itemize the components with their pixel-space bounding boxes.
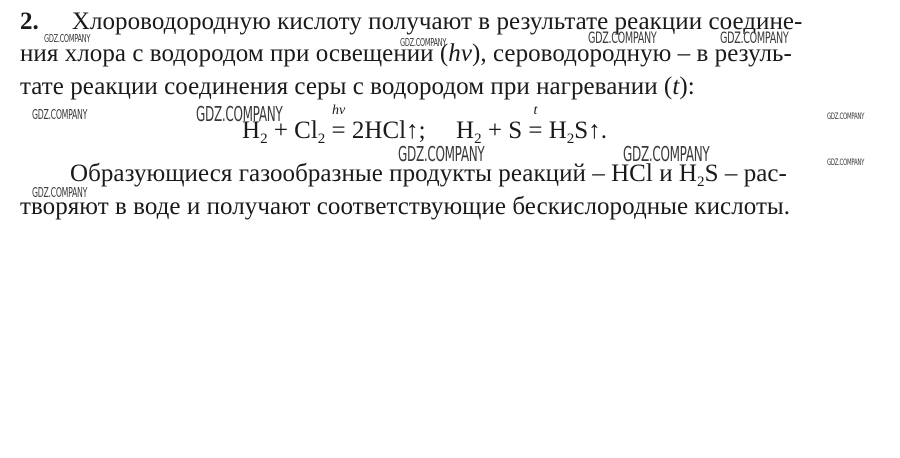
text-segment: S – рас- bbox=[705, 160, 787, 187]
watermark: GDZ.COMPANY bbox=[720, 28, 788, 47]
product-h: H bbox=[549, 117, 567, 144]
separator: ; bbox=[419, 117, 426, 144]
watermark: GDZ.COMPANY bbox=[827, 112, 864, 122]
formula-h: H bbox=[456, 117, 474, 144]
equals-sign: = bbox=[528, 117, 542, 144]
text-segment: ): bbox=[679, 73, 694, 100]
period: . bbox=[601, 117, 607, 144]
watermark: GDZ.COMPANY bbox=[588, 28, 656, 47]
equals-with-condition: hν= bbox=[332, 117, 346, 145]
reaction-2: H2 + S t= H2S↑. bbox=[456, 117, 607, 144]
text-line: Хлороводородную кислоту получают в резул… bbox=[72, 8, 803, 35]
text-segment: тате реакции соединения серы с водородом… bbox=[20, 73, 672, 100]
condition-hv: hν bbox=[332, 103, 345, 119]
watermark: GDZ.COMPANY bbox=[398, 142, 484, 166]
subscript: 2 bbox=[260, 131, 268, 147]
text-segment: Образующиеся газообразные продукты реакц… bbox=[70, 160, 697, 187]
watermark: GDZ.COMPANY bbox=[32, 186, 87, 201]
formula-s: S bbox=[508, 117, 522, 144]
condition-t: t bbox=[533, 103, 537, 119]
watermark: GDZ.COMPANY bbox=[623, 142, 709, 166]
subscript: 2 bbox=[697, 174, 705, 190]
formula-hv: hν bbox=[448, 40, 472, 67]
watermark: GDZ.COMPANY bbox=[44, 32, 90, 45]
text-line: творяют в воде и получают соответствующи… bbox=[20, 193, 790, 220]
formula-cl: Cl bbox=[294, 117, 318, 144]
equals-sign: = bbox=[332, 117, 346, 144]
problem-number: 2. bbox=[20, 8, 39, 35]
product-s: S↑ bbox=[574, 117, 600, 144]
plus-sign: + bbox=[488, 117, 502, 144]
watermark: GDZ.COMPANY bbox=[827, 158, 864, 168]
product-hcl: 2HCl↑ bbox=[352, 117, 419, 144]
watermark: GDZ.COMPANY bbox=[196, 102, 282, 126]
paragraph-2-line-2: творяют в воде и получают соответствующи… bbox=[20, 193, 790, 221]
watermark: GDZ.COMPANY bbox=[400, 36, 446, 49]
subscript: 2 bbox=[318, 131, 326, 147]
paragraph-1-line-3: тате реакции соединения серы с водородом… bbox=[20, 73, 695, 101]
equals-with-condition: t= bbox=[528, 117, 542, 145]
watermark: GDZ.COMPANY bbox=[32, 108, 87, 123]
document-page: 2.Хлороводородную кислоту получают в рез… bbox=[0, 0, 900, 458]
paragraph-1-line-1: 2.Хлороводородную кислоту получают в рез… bbox=[20, 8, 802, 36]
